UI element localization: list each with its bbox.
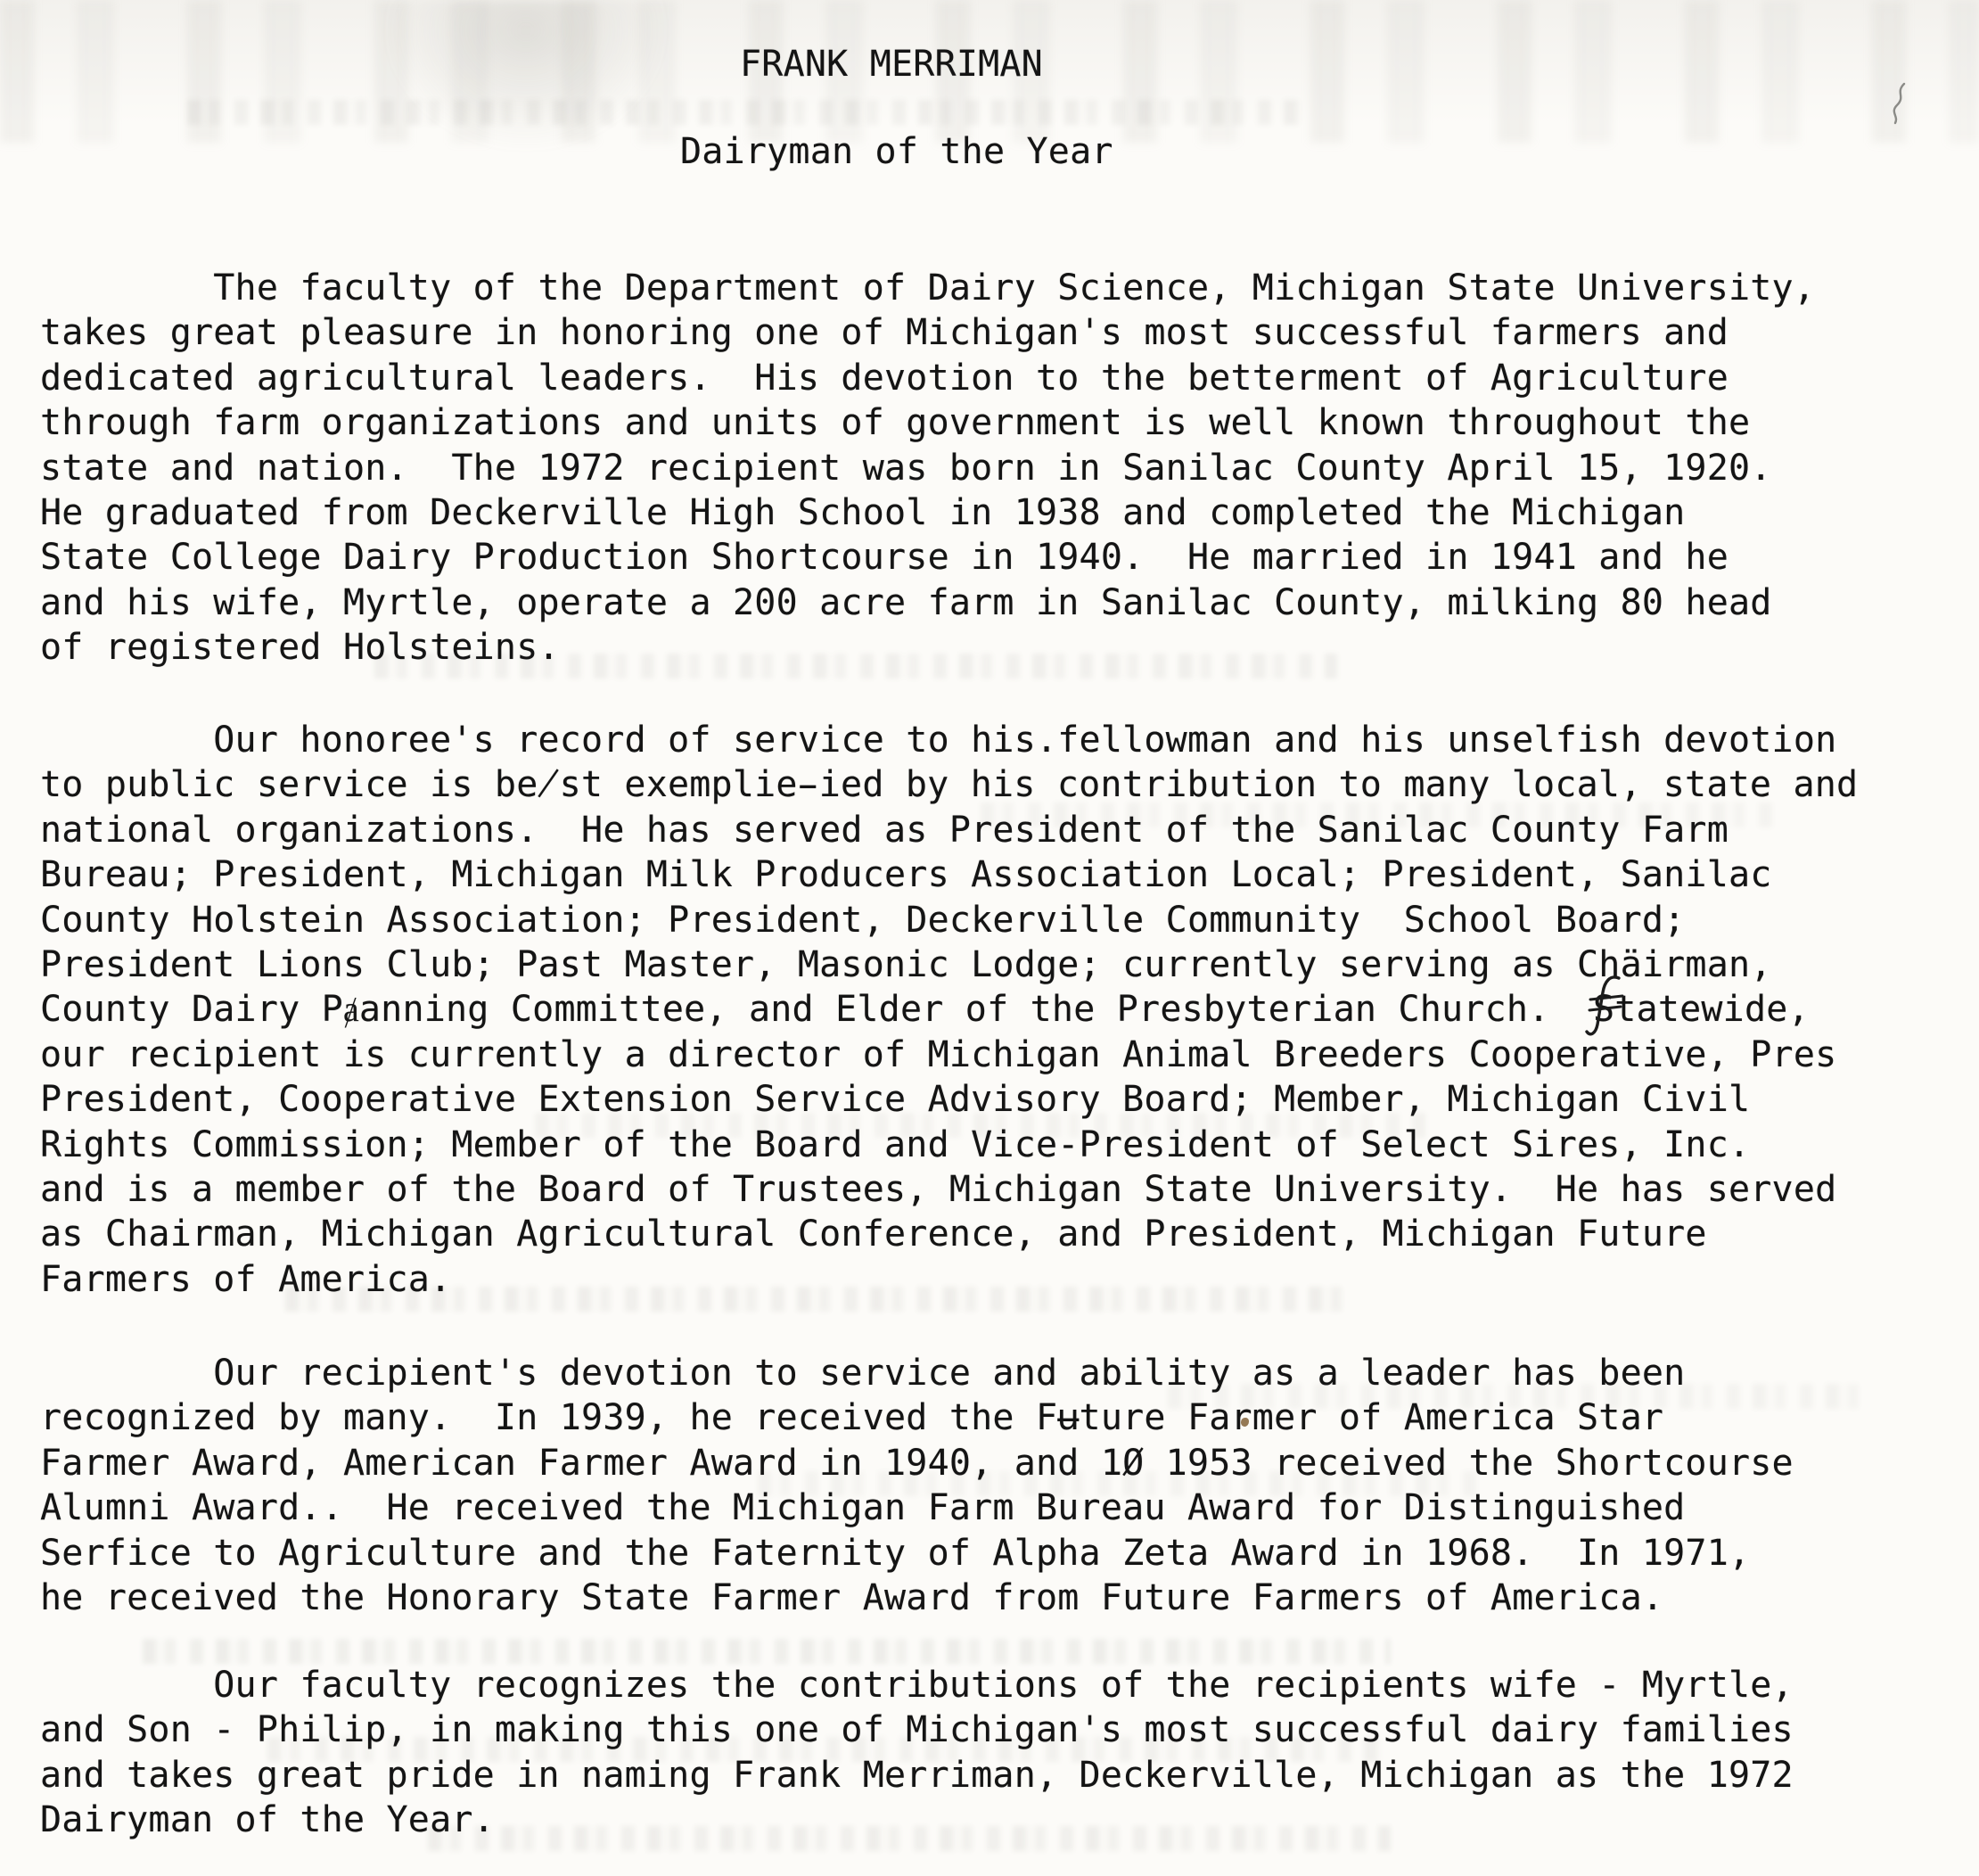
paragraph-insertion-mark [1585,975,1631,1039]
document-subtitle: Dairyman of the Year [680,129,1113,174]
bleedthrough-artifact [143,1639,1391,1664]
bleedthrough-artifact [187,100,1302,125]
document-title: FRANK MERRIMAN [740,42,1043,86]
paragraph-1: The faculty of the Department of Dairy S… [40,266,1815,671]
paragraph-4: Our faculty recognizes the contributions… [40,1663,1794,1843]
pencil-squiggle-mark [1888,82,1911,125]
paragraph-3: Our recipient's devotion to service and … [40,1351,1794,1620]
scanner-streak-blob [383,0,669,152]
scanned-document-page: FRANK MERRIMAN Dairyman of the Year The … [0,0,1979,1876]
